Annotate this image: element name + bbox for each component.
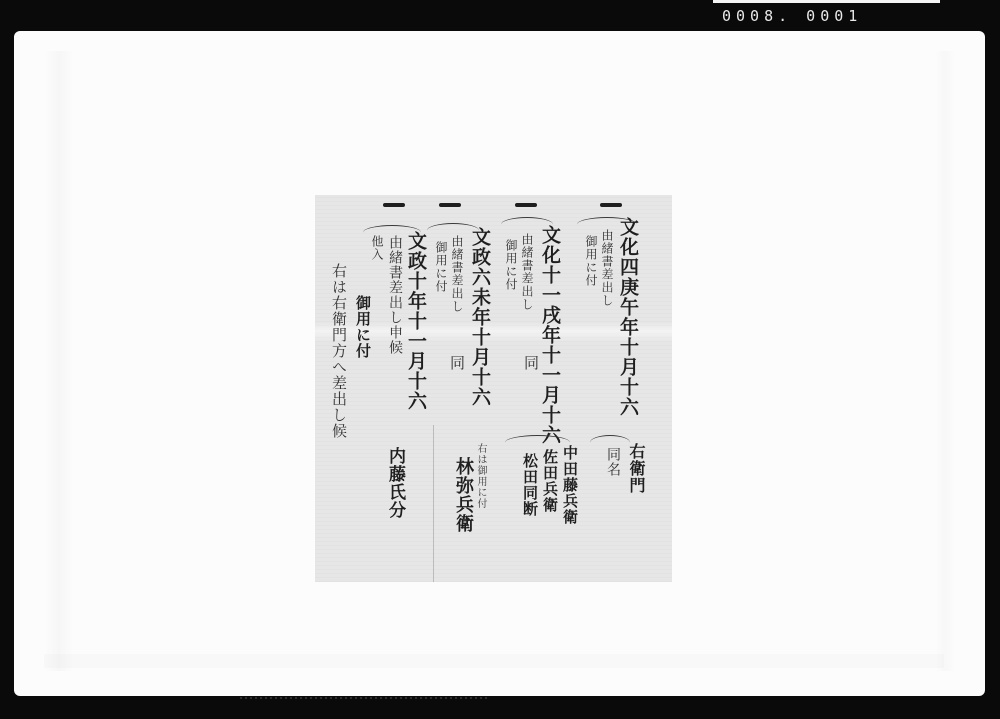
entry-1-date: 文化四庚午年十月十六 — [615, 217, 642, 417]
item-mark — [439, 203, 461, 207]
entry-1-sub-2: 御用に付 — [583, 235, 600, 287]
film-bottom-noise — [240, 697, 490, 699]
entry-4-name: 内藤氏分 — [383, 447, 408, 519]
entry-2-sub-2: 御用に付 — [503, 239, 520, 291]
entry-3-date: 文政六未年十月十六 — [467, 227, 494, 407]
film-top-strip — [713, 0, 940, 3]
entry-1-name-2: 同名 — [603, 447, 623, 477]
card-shade-bottom — [44, 654, 944, 668]
entry-3-name-note: 右は御用に付 — [473, 443, 488, 509]
entry-3-note: 同 — [447, 355, 468, 371]
document-paper: 文化四庚午年十月十六 由緒書差出し 御用に付 右衛門 同名 文化十一戌年十一月十… — [315, 195, 672, 582]
entry-5-text: 御用に付 — [353, 295, 374, 359]
item-mark — [600, 203, 622, 207]
card-shade-right — [935, 51, 955, 671]
frame-number: 0008. 0001 — [722, 6, 862, 26]
fold-line — [433, 425, 434, 582]
entry-2-note: 同 — [521, 355, 542, 371]
item-mark — [515, 203, 537, 207]
card-shade-left — [44, 51, 74, 671]
entry-3-sub-1: 由緒書差出し — [449, 235, 466, 313]
microfilm-frame: 0008. 0001 文化四庚午年十月十六 由緒書差出し 御用に付 右衛門 同名… — [0, 0, 1000, 719]
entry-2-name-3: 松田同断 — [520, 453, 541, 517]
entry-4-sub-2: 他入 — [369, 235, 386, 261]
entry-2-name-1: 中田藤兵衛 — [560, 445, 581, 525]
entry-4-sub-1: 由緒書差出し申候 — [385, 235, 405, 355]
item-mark — [383, 203, 405, 207]
entry-4-date: 文政十年十一月十六 — [403, 231, 430, 411]
entry-1-name-1: 右衛門 — [625, 443, 648, 494]
entry-2-name-2: 佐田兵衛 — [540, 449, 561, 513]
entry-3-sub-2: 御用に付 — [433, 241, 450, 293]
entry-1-sub-1: 由緒書差出し — [599, 229, 616, 307]
entry-2-sub-1: 由緒書差出し — [519, 233, 536, 311]
entry-2-date: 文化十一戌年十一月十六 — [537, 225, 564, 445]
entry-5-sub: 右は右衛門方へ差出し候 — [329, 263, 350, 439]
